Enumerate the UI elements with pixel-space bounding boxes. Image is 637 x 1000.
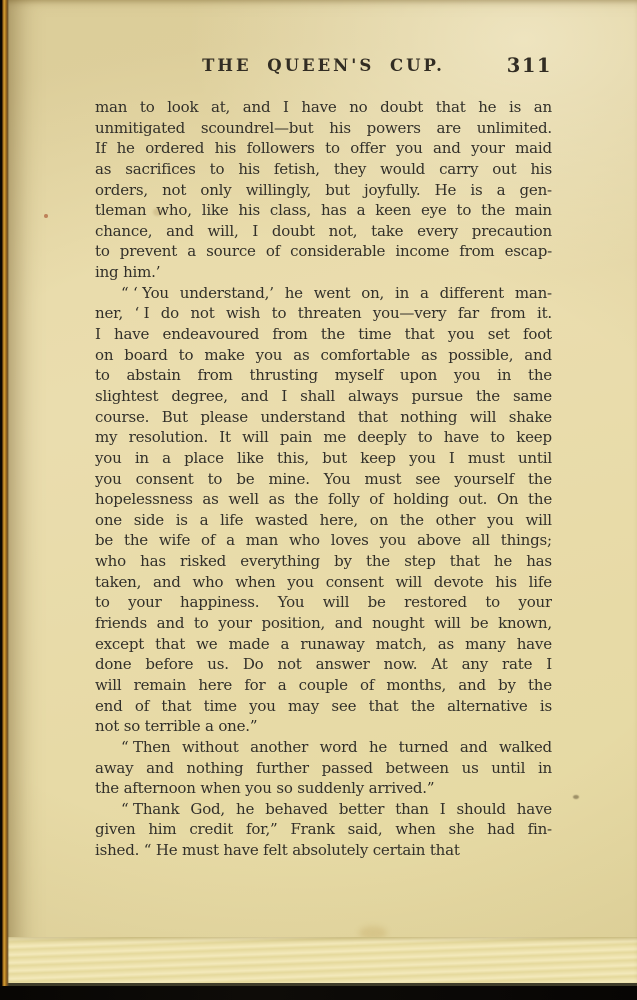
- text-line: “ ‘ Youunderstand,’hewenton,inadifferent…: [95, 283, 552, 304]
- text-line: chance,andwill,Idoubtnot,takeeveryprecau…: [95, 221, 552, 242]
- text-line: toabstainfromthrustingmyselfuponyouinthe: [95, 365, 552, 386]
- text-line: onesideisalifewastedhere,ontheotheryouwi…: [95, 510, 552, 531]
- text-line: assacrificestohisfetish,theywouldcarryou…: [95, 159, 552, 180]
- book-page: THE QUEEN'S CUP. 311 mantolookat,andIhav…: [7, 0, 637, 986]
- text-block: mantolookat,andIhavenodoubtthatheisanunm…: [95, 97, 552, 861]
- text-line: hopelessnessaswellasthefollyofholdingout…: [95, 489, 552, 510]
- text-line: theafternoonwhenyousosuddenlyarrived.”: [95, 778, 552, 799]
- text-line: onboardtomakeyouascomfortableaspossible,…: [95, 345, 552, 366]
- text-line: myresolution.Itwillpainmedeeplytohavetok…: [95, 427, 552, 448]
- text-line: slightestdegree,andIshallalwayspursuethe…: [95, 386, 552, 407]
- text-line: willremainhereforacoupleofmonths,andbyth…: [95, 675, 552, 696]
- text-line: mantolookat,andIhavenodoubtthatheisan: [95, 97, 552, 118]
- page-stack-edge: [7, 937, 637, 986]
- text-line: orders,notonlywillingly,butjoyfully.Heis…: [95, 180, 552, 201]
- text-line: givenhimcreditfor,”Franksaid,whenshehadf…: [95, 819, 552, 840]
- text-line: donebeforeus.Donotanswernow.AtanyrateI: [95, 654, 552, 675]
- text-line: “ Thenwithoutanotherwordheturnedandwalke…: [95, 737, 552, 758]
- text-line: youconsenttobemine.Youmustseeyourselfthe: [95, 469, 552, 490]
- text-line: inghim.’: [95, 262, 552, 283]
- text-line: toyourhappiness.Youwillberestoredtoyour: [95, 592, 552, 613]
- text-line: Ihaveendeavouredfromthetimethatyousetfoo…: [95, 324, 552, 345]
- page-header: THE QUEEN'S CUP. 311: [95, 54, 552, 80]
- text-line: ner,‘ Idonotwishtothreatenyou—veryfarfro…: [95, 303, 552, 324]
- paper-speck: [153, 208, 162, 216]
- text-line: topreventasourceofconsiderableincomefrom…: [95, 241, 552, 262]
- text-line: whohasriskedeverythingbythestepthathehas: [95, 551, 552, 572]
- text-line: friendsandtoyourposition,andnoughtwillbe…: [95, 613, 552, 634]
- text-line: Ifheorderedhisfollowerstoofferyouandyour…: [95, 138, 552, 159]
- text-line: exceptthatwemadearunawaymatch,asmanyhave: [95, 634, 552, 655]
- text-line: taken,andwhowhenyouconsentwilldevotehisl…: [95, 572, 552, 593]
- text-line: notsoterribleaone.”: [95, 716, 552, 737]
- text-line: bethewifeofamanwholovesyouaboveallthings…: [95, 530, 552, 551]
- text-line: youinaplacelikethis,butkeepyouImustuntil: [95, 448, 552, 469]
- paper-speck: [573, 795, 579, 799]
- text-line: ished.“ Hemusthavefeltabsolutelycertaint…: [95, 840, 552, 861]
- text-line: endofthattimeyoumayseethatthealternative…: [95, 696, 552, 717]
- text-line: “ ThankGod,hebehavedbetterthanIshouldhav…: [95, 799, 552, 820]
- book-spine-edge: [0, 0, 9, 1000]
- text-line: unmitigatedscoundrel—buthispowersareunli…: [95, 118, 552, 139]
- text-line: tlemanwho,likehisclass,hasakeeneyetothem…: [95, 200, 552, 221]
- photo-background: [0, 986, 637, 1000]
- text-line: awayandnothingfurtherpassedbetweenusunti…: [95, 758, 552, 779]
- book-scan-photo: THE QUEEN'S CUP. 311 mantolookat,andIhav…: [0, 0, 637, 1000]
- running-title: THE QUEEN'S CUP.: [95, 56, 552, 75]
- paper-speck: [44, 214, 48, 218]
- page-number: 311: [507, 54, 552, 77]
- text-line: course.Butpleaseunderstandthatnothingwil…: [95, 407, 552, 428]
